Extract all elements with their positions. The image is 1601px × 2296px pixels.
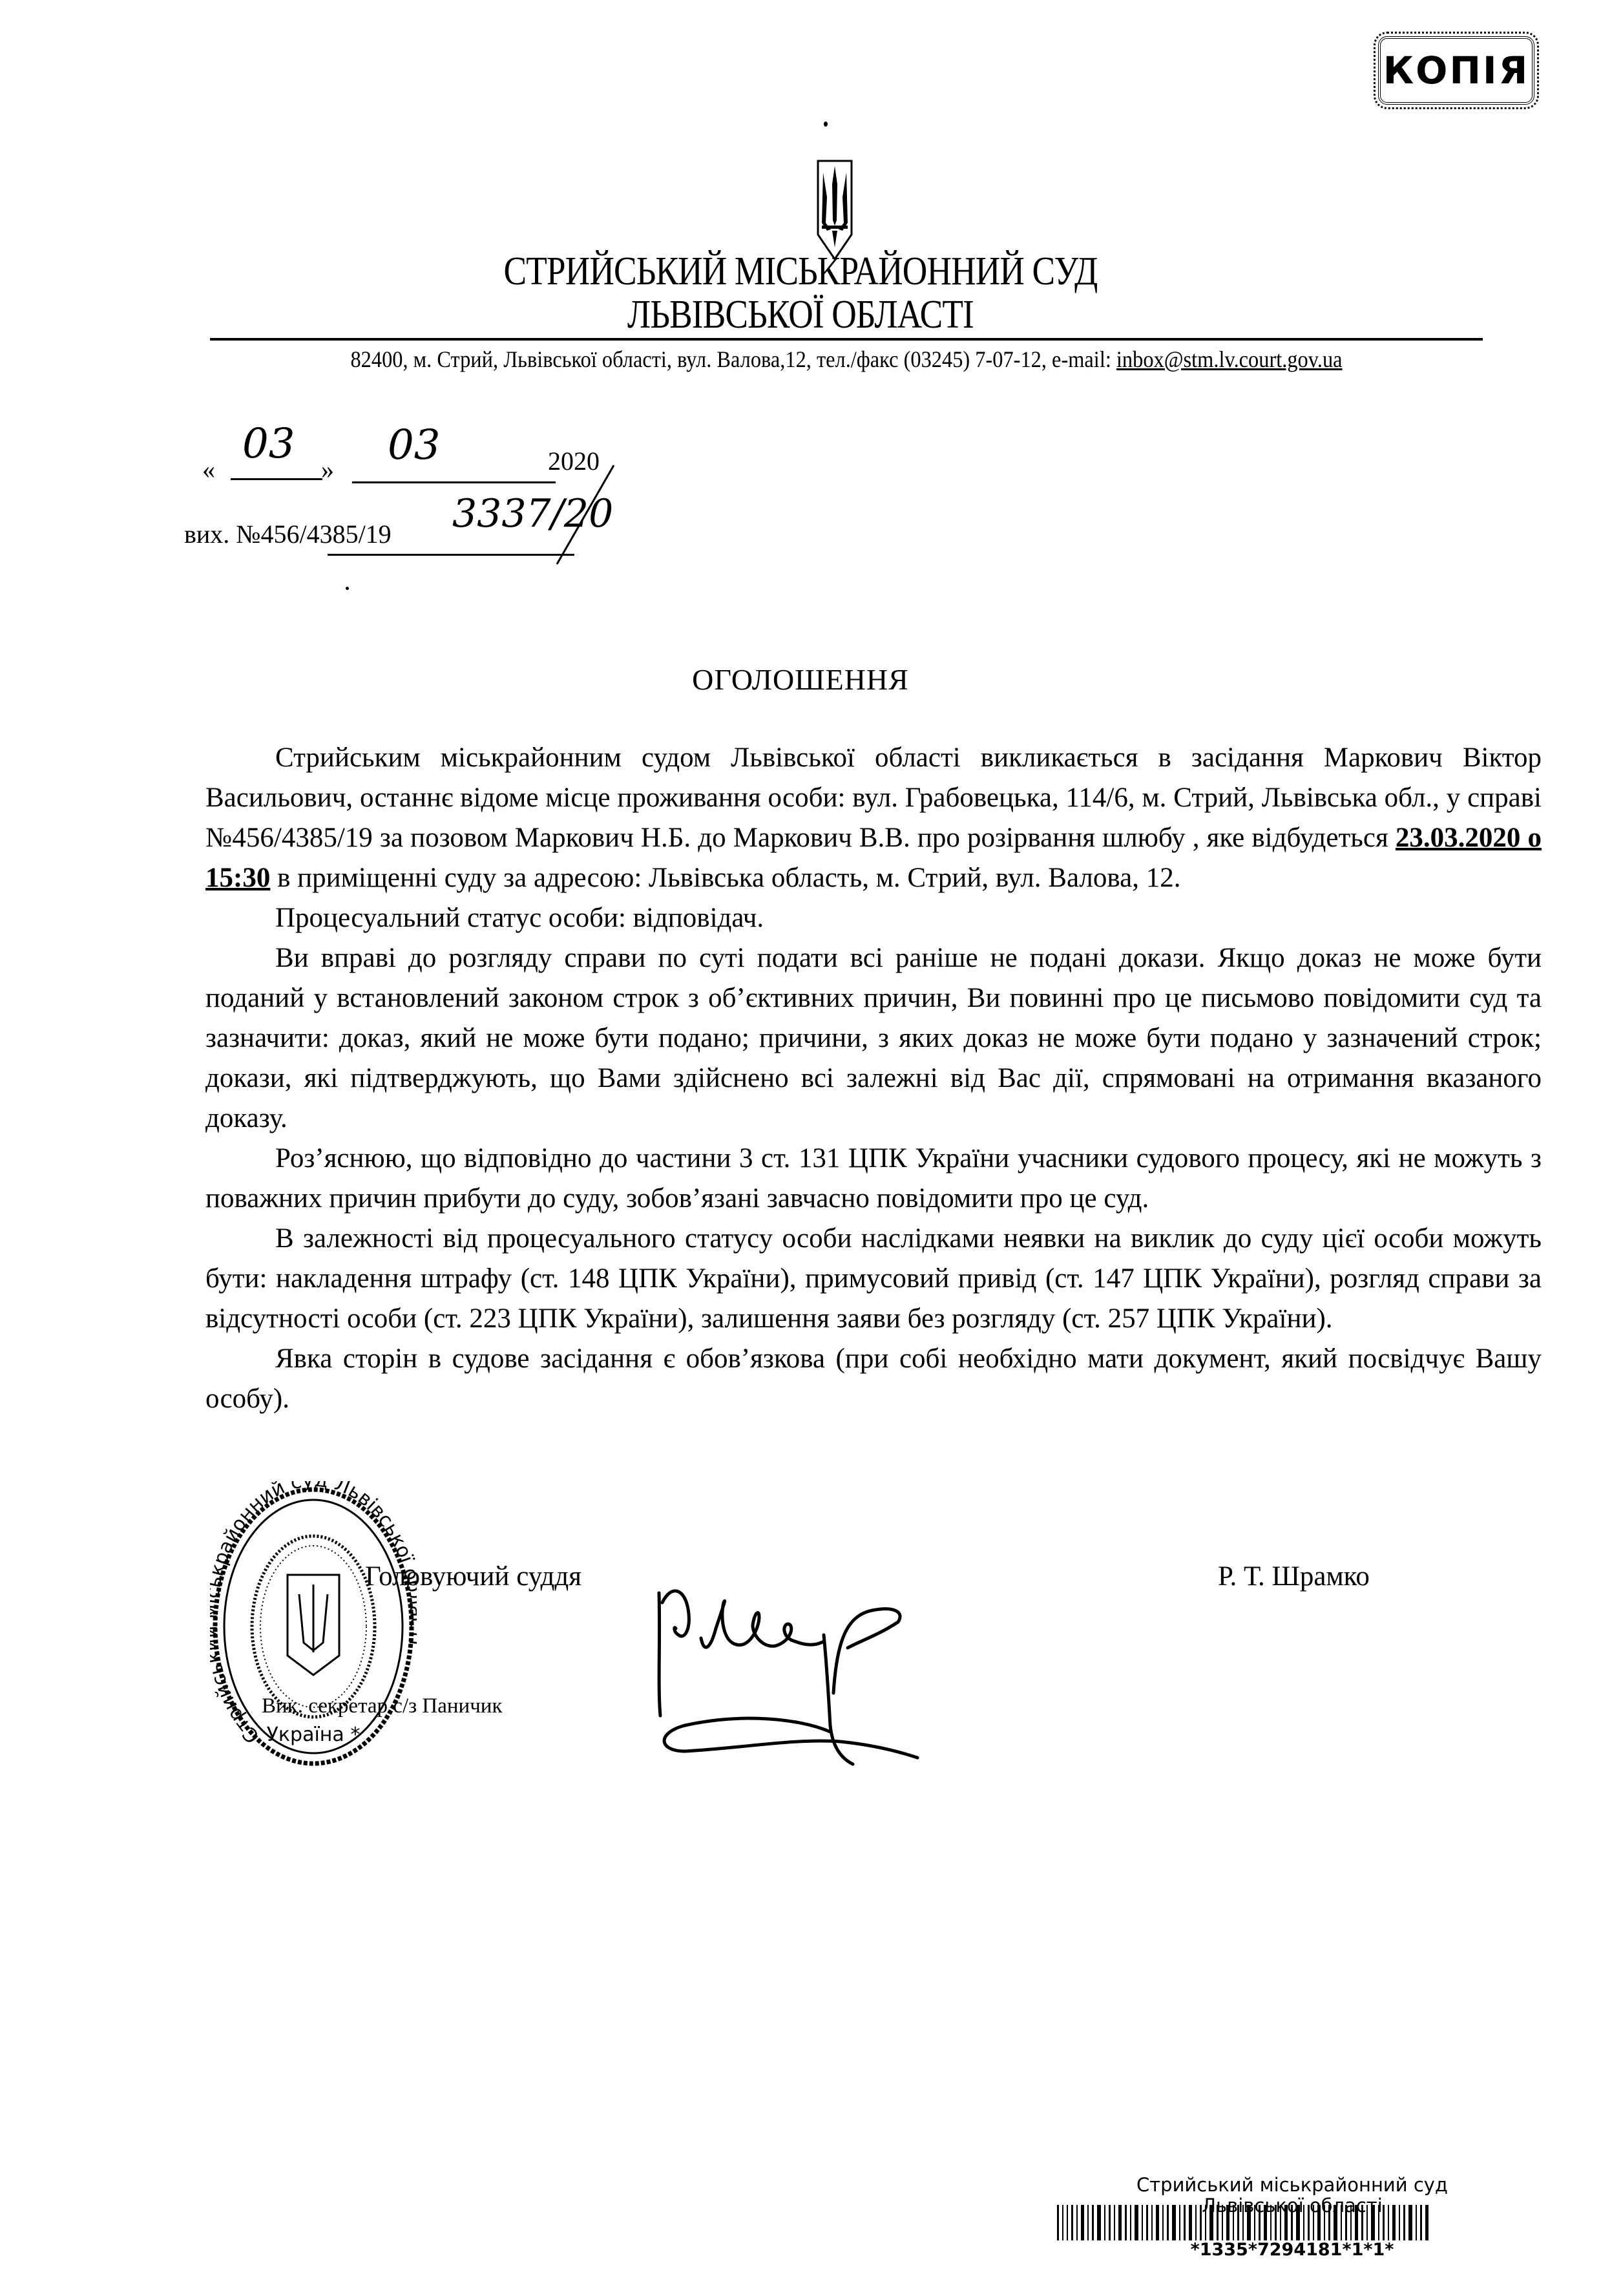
paragraph-consequences: В залежності від процесуального статусу …: [205, 1219, 1542, 1339]
month-underline: [352, 480, 556, 483]
outgoing-number-label: вих. №456/4385/19: [184, 519, 392, 549]
scan-speck: [346, 587, 349, 590]
address-text: 82400, м. Стрий, Львівської області, вул…: [350, 346, 1116, 372]
date-open-quote: «: [202, 454, 215, 485]
court-name-line1: СТРИЙСЬКИЙ МІСЬКРАЙОННИЙ СУД: [112, 249, 1489, 295]
document-barcode: [1057, 2205, 1522, 2240]
date-month-handwritten: 03: [388, 421, 440, 469]
seal-bottom-text: Україна *: [267, 1723, 361, 1746]
copy-stamp: КОПІЯ: [1378, 36, 1534, 105]
date-day-handwritten: 03: [242, 420, 295, 468]
date-close-quote: »: [321, 454, 334, 485]
court-name-line2: ЛЬВІВСЬКОЇ ОБЛАСТІ: [112, 292, 1489, 338]
judge-name: Р. Т. Шрамко: [1218, 1561, 1370, 1592]
outgoing-underline: [328, 553, 574, 556]
court-address: 82400, м. Стрий, Львівської області, вул…: [274, 346, 1419, 373]
paragraph-summons: Стрийським міськрайонним судом Львівсько…: [205, 738, 1542, 898]
header-rule: [210, 338, 1483, 341]
scan-speck: [824, 121, 828, 127]
paragraph-explanation: Роз’яснюю, що відповідно до частини 3 ст…: [205, 1139, 1542, 1219]
paragraph-attendance: Явка сторін в судове засідання є обов’яз…: [205, 1339, 1542, 1419]
footer-court-line1: Стрийський міськрайонний суд: [1124, 2175, 1460, 2195]
day-underline: [231, 477, 322, 480]
paragraph-evidence: Ви вправі до розгляду справи по суті под…: [205, 938, 1542, 1139]
email-link[interactable]: inbox@stm.lv.court.gov.ua: [1116, 346, 1343, 372]
copy-stamp-label: КОПІЯ: [1383, 48, 1530, 92]
paragraph-status: Процесуальний статус особи: відповідач.: [205, 898, 1542, 938]
official-court-seal: Стрийський міськрайонний суд Львівської …: [210, 1481, 417, 1772]
tryzub-coat-of-arms-icon: [815, 158, 854, 262]
judge-signature: [646, 1564, 924, 1784]
seal-tryzub-icon: [288, 1575, 339, 1675]
barcode-number: *1335*7294181*1*1*: [1124, 2240, 1460, 2260]
announcement-body: Стрийським міськрайонним судом Львівсько…: [205, 738, 1542, 1419]
slash-stroke: [549, 464, 620, 567]
document-title: ОГОЛОШЕННЯ: [0, 662, 1601, 697]
